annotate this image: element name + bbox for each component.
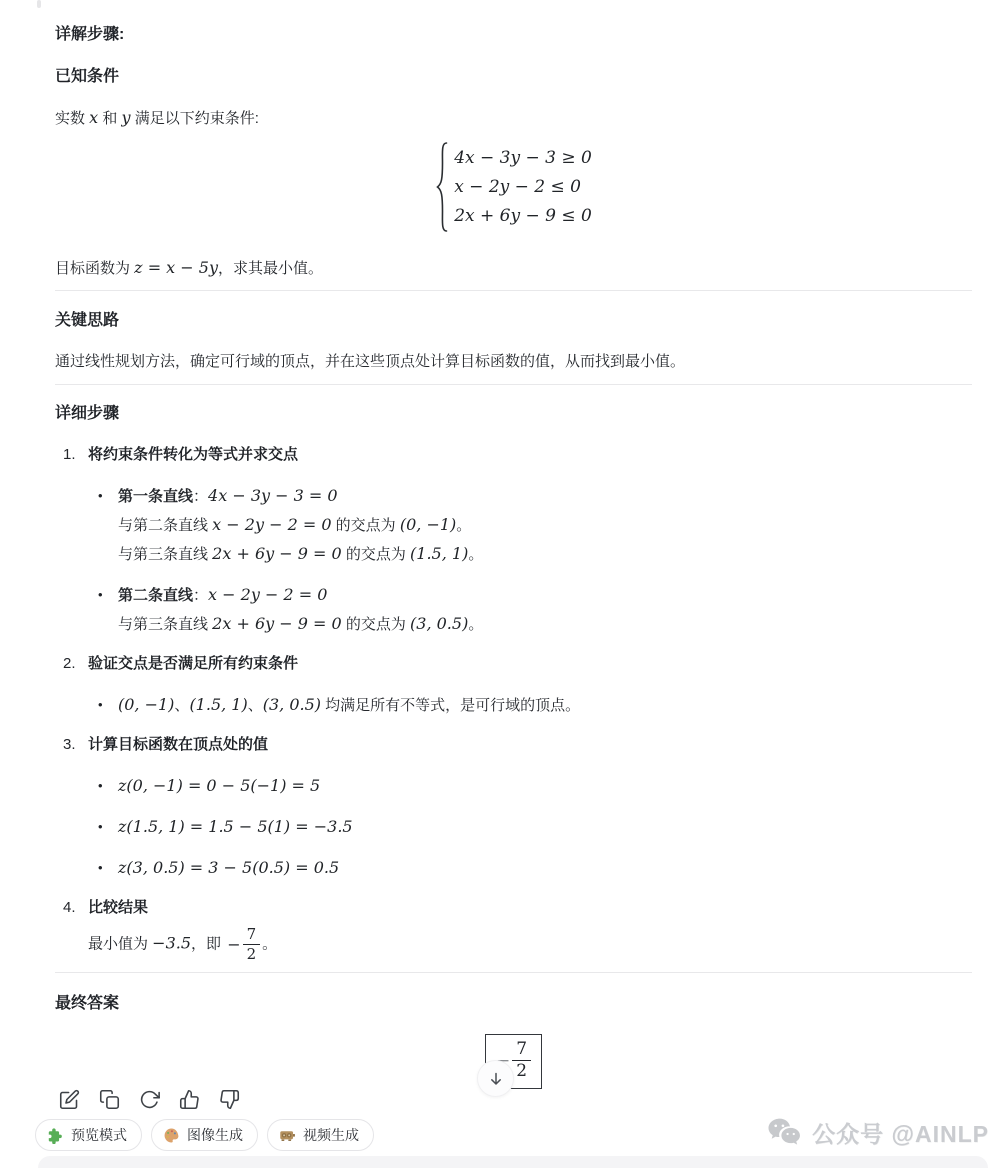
pill-label: 视频生成 [303,1125,359,1145]
puzzle-icon [47,1127,64,1144]
known-conditions-intro: 实数 x 和 y 满足以下约束条件: [55,106,972,131]
message-actions [57,1087,241,1111]
bullet-dot: • [88,691,118,720]
bullet-dot: • [88,772,118,801]
step-item-2: 2. 验证交点是否满足所有约束条件 • (0, −1)、(1.5, 1)、(3,… [55,652,972,720]
text-line: 与第二条直线 x − 2y − 2 = 0 的交点为 (0, −1)。 [118,511,972,540]
bullet-dot: • [88,581,118,639]
equation-line: x − 2y − 2 ≤ 0 [454,173,592,202]
step-item-3: 3. 计算目标函数在顶点处的值 • z(0, −1) = 0 − 5(−1) =… [55,733,972,883]
step-number: 3. [55,733,88,883]
bullet-item: • z(3, 0.5) = 3 − 5(0.5) = 0.5 [88,854,972,883]
section-heading-known: 已知条件 [55,66,972,88]
watermark: 公众号 @AINLP [765,1116,989,1149]
pill-label: 预览模式 [71,1125,127,1145]
palette-icon [163,1127,180,1144]
text-line: z(1.5, 1) = 1.5 − 5(1) = −3.5 [118,813,972,842]
text-line: z(3, 0.5) = 3 − 5(0.5) = 0.5 [118,854,972,883]
section-divider [55,290,972,291]
section-heading-final: 最终答案 [55,993,972,1015]
pill-label: 图像生成 [187,1125,243,1145]
copy-button[interactable] [97,1087,121,1111]
section-divider [55,972,972,973]
text-line: 第一条直线：4x − 3y − 3 = 0 [118,482,972,511]
preview-mode-button[interactable]: 预览模式 [35,1119,142,1151]
bullet-item: • 第二条直线：x − 2y − 2 = 0 与第三条直线 2x + 6y − … [88,581,972,639]
top-edge-artifact [37,0,41,8]
step-item-1: 1. 将约束条件转化为等式并求交点 • 第一条直线：4x − 3y − 3 = … [55,443,972,639]
section-divider [55,384,972,385]
bullet-item: • z(1.5, 1) = 1.5 − 5(1) = −3.5 [88,813,972,842]
bullet-item: • z(0, −1) = 0 − 5(−1) = 5 [88,772,972,801]
chat-input[interactable] [38,1156,988,1168]
key-idea-text: 通过线性规划方法，确定可行域的顶点，并在这些顶点处计算目标函数的值，从而找到最小… [55,350,972,374]
image-generation-button[interactable]: 图像生成 [151,1119,258,1151]
suggestion-buttons: 预览模式 图像生成 视频生成 [35,1119,374,1151]
step-title: 计算目标函数在顶点处的值 [88,733,972,757]
text-line: (0, −1)、(1.5, 1)、(3, 0.5) 均满足所有不等式，是可行域的… [118,691,972,720]
text-line: 第二条直线：x − 2y − 2 = 0 [118,581,972,610]
thumbs-down-button[interactable] [217,1087,241,1111]
edit-button[interactable] [57,1087,81,1111]
section-heading-intro: 详解步骤: [55,24,972,46]
step-title: 比较结果 [88,896,972,920]
bullet-item: • 第一条直线：4x − 3y − 3 = 0 与第二条直线 x − 2y − … [88,482,972,569]
thumbs-down-icon [219,1089,240,1110]
wechat-icon [765,1116,805,1149]
regenerate-icon [139,1089,160,1110]
step-number: 4. [55,896,88,964]
watermark-text: 公众号 @AINLP [812,1116,989,1149]
regenerate-button[interactable] [137,1087,161,1111]
step-title: 验证交点是否满足所有约束条件 [88,652,972,676]
text-line: 与第三条直线 2x + 6y − 9 = 0 的交点为 (1.5, 1)。 [118,540,972,569]
video-generation-button[interactable]: 视频生成 [267,1119,374,1151]
step-number: 1. [55,443,88,639]
section-heading-key: 关键思路 [55,310,972,332]
equation-line: 4x − 3y − 3 ≥ 0 [454,144,592,173]
objective-function-text: 目标函数为 z = x − 5y，求其最小值。 [55,256,972,281]
assistant-message: 详解步骤: 已知条件 实数 x 和 y 满足以下约束条件: 4x − 3y − … [55,0,972,1089]
left-brace-icon [435,141,449,233]
bullet-item: • (0, −1)、(1.5, 1)、(3, 0.5) 均满足所有不等式，是可行… [88,691,972,720]
projector-icon [279,1127,296,1144]
bullet-dot: • [88,813,118,842]
equation-line: 2x + 6y − 9 ≤ 0 [454,202,592,231]
step-title: 将约束条件转化为等式并求交点 [88,443,972,467]
constraint-system-equation: 4x − 3y − 3 ≥ 0 x − 2y − 2 ≤ 0 2x + 6y −… [55,141,972,233]
thumbs-up-button[interactable] [177,1087,201,1111]
copy-icon [99,1089,120,1110]
bullet-dot: • [88,482,118,569]
edit-icon [59,1089,80,1110]
step-item-4: 4. 比较结果 最小值为 −3.5，即 −72。 [55,896,972,964]
scroll-to-bottom-button[interactable] [477,1060,514,1097]
thumbs-up-icon [179,1089,200,1110]
arrow-down-icon [488,1071,504,1087]
step-number: 2. [55,652,88,720]
text-line: z(0, −1) = 0 − 5(−1) = 5 [118,772,972,801]
bullet-dot: • [88,854,118,883]
section-heading-steps: 详细步骤 [55,403,972,425]
text-line: 与第三条直线 2x + 6y − 9 = 0 的交点为 (3, 0.5)。 [118,610,972,639]
result-text: 最小值为 −3.5，即 −72。 [88,926,972,964]
